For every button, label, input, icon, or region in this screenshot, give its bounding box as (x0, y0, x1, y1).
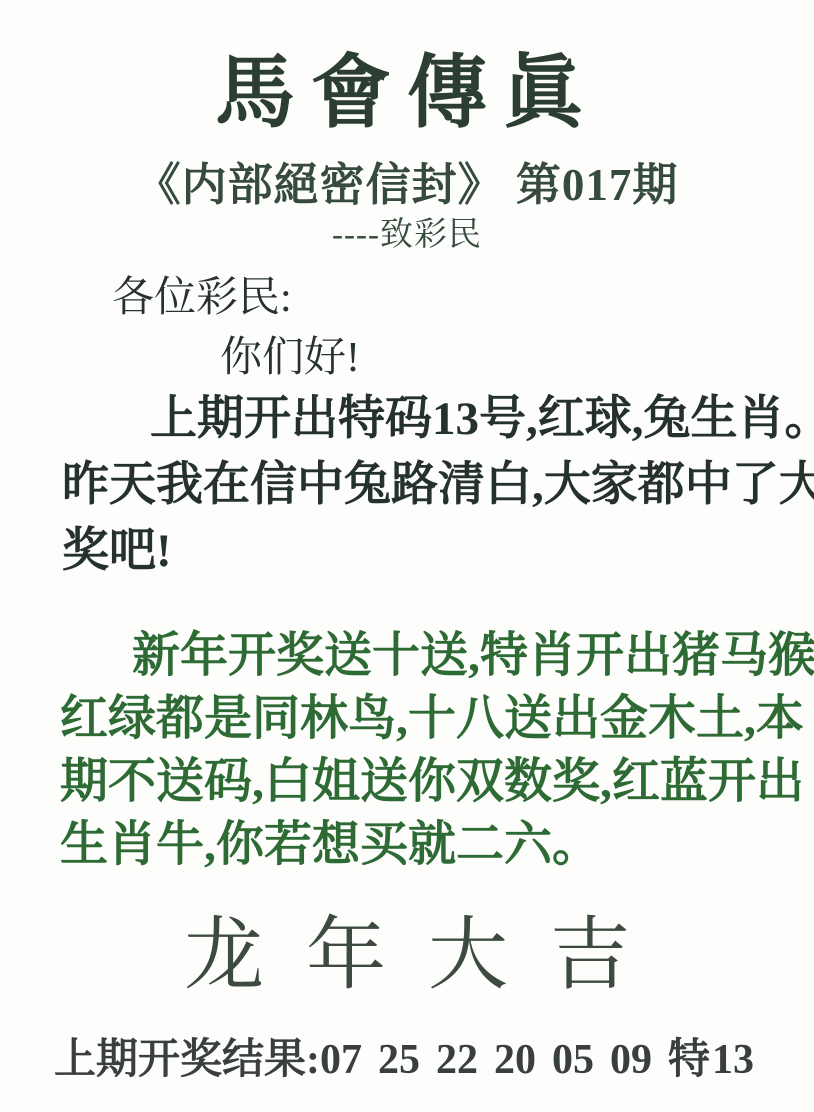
dedication-line: ----致彩民 (0, 208, 814, 255)
fax-flyer-page: 馬會傳眞 《内部絕密信封》 第017期 ----致彩民 各位彩民: 你们好! 上… (0, 0, 814, 1112)
paragraph2-line3: 期不送码,白姐送你双数奖,红蓝开出 (60, 750, 788, 813)
special-number: 13 (712, 1037, 754, 1083)
results-label: 上期开奖结果: (54, 1037, 320, 1083)
previous-results-line: 上期开奖结果:072522200509特13 (54, 1026, 794, 1086)
fax-title: 馬會傳眞 (0, 46, 814, 142)
paragraph1-line1: 上期开出特码13号,红球,兔生肖。 (62, 386, 784, 452)
closing-blessing: 龙年大吉 (0, 890, 814, 1005)
result-number-3: 22 (436, 1037, 478, 1083)
result-number-4: 20 (494, 1037, 536, 1083)
result-number-1: 07 (320, 1037, 362, 1083)
result-number-2: 25 (378, 1037, 420, 1083)
paragraph1-line3: 奖吧! (62, 518, 784, 584)
paragraph2-line1: 新年开奖送十送,特肖开出猪马猴。 (60, 624, 788, 687)
result-number-5: 05 (552, 1037, 594, 1083)
result-number-6: 09 (610, 1037, 652, 1083)
issue-subtitle: 《内部絕密信封》 第017期 (0, 148, 814, 213)
paragraph-new-year-tips: 新年开奖送十送,特肖开出猪马猴。 红绿都是同林鸟,十八送出金木土,本 期不送码,… (60, 624, 788, 876)
greeting: 你们好! (220, 324, 360, 384)
paragraph-previous-draw: 上期开出特码13号,红球,兔生肖。 昨天我在信中兔路清白,大家都中了大 奖吧! (62, 386, 784, 584)
paragraph2-line2: 红绿都是同林鸟,十八送出金木土,本 (60, 687, 788, 750)
paragraph1-line2: 昨天我在信中兔路清白,大家都中了大 (62, 452, 784, 518)
special-prefix: 特 (668, 1037, 710, 1083)
salutation: 各位彩民: (112, 264, 292, 324)
paragraph2-line4: 生肖牛,你若想买就二六。 (60, 813, 788, 876)
